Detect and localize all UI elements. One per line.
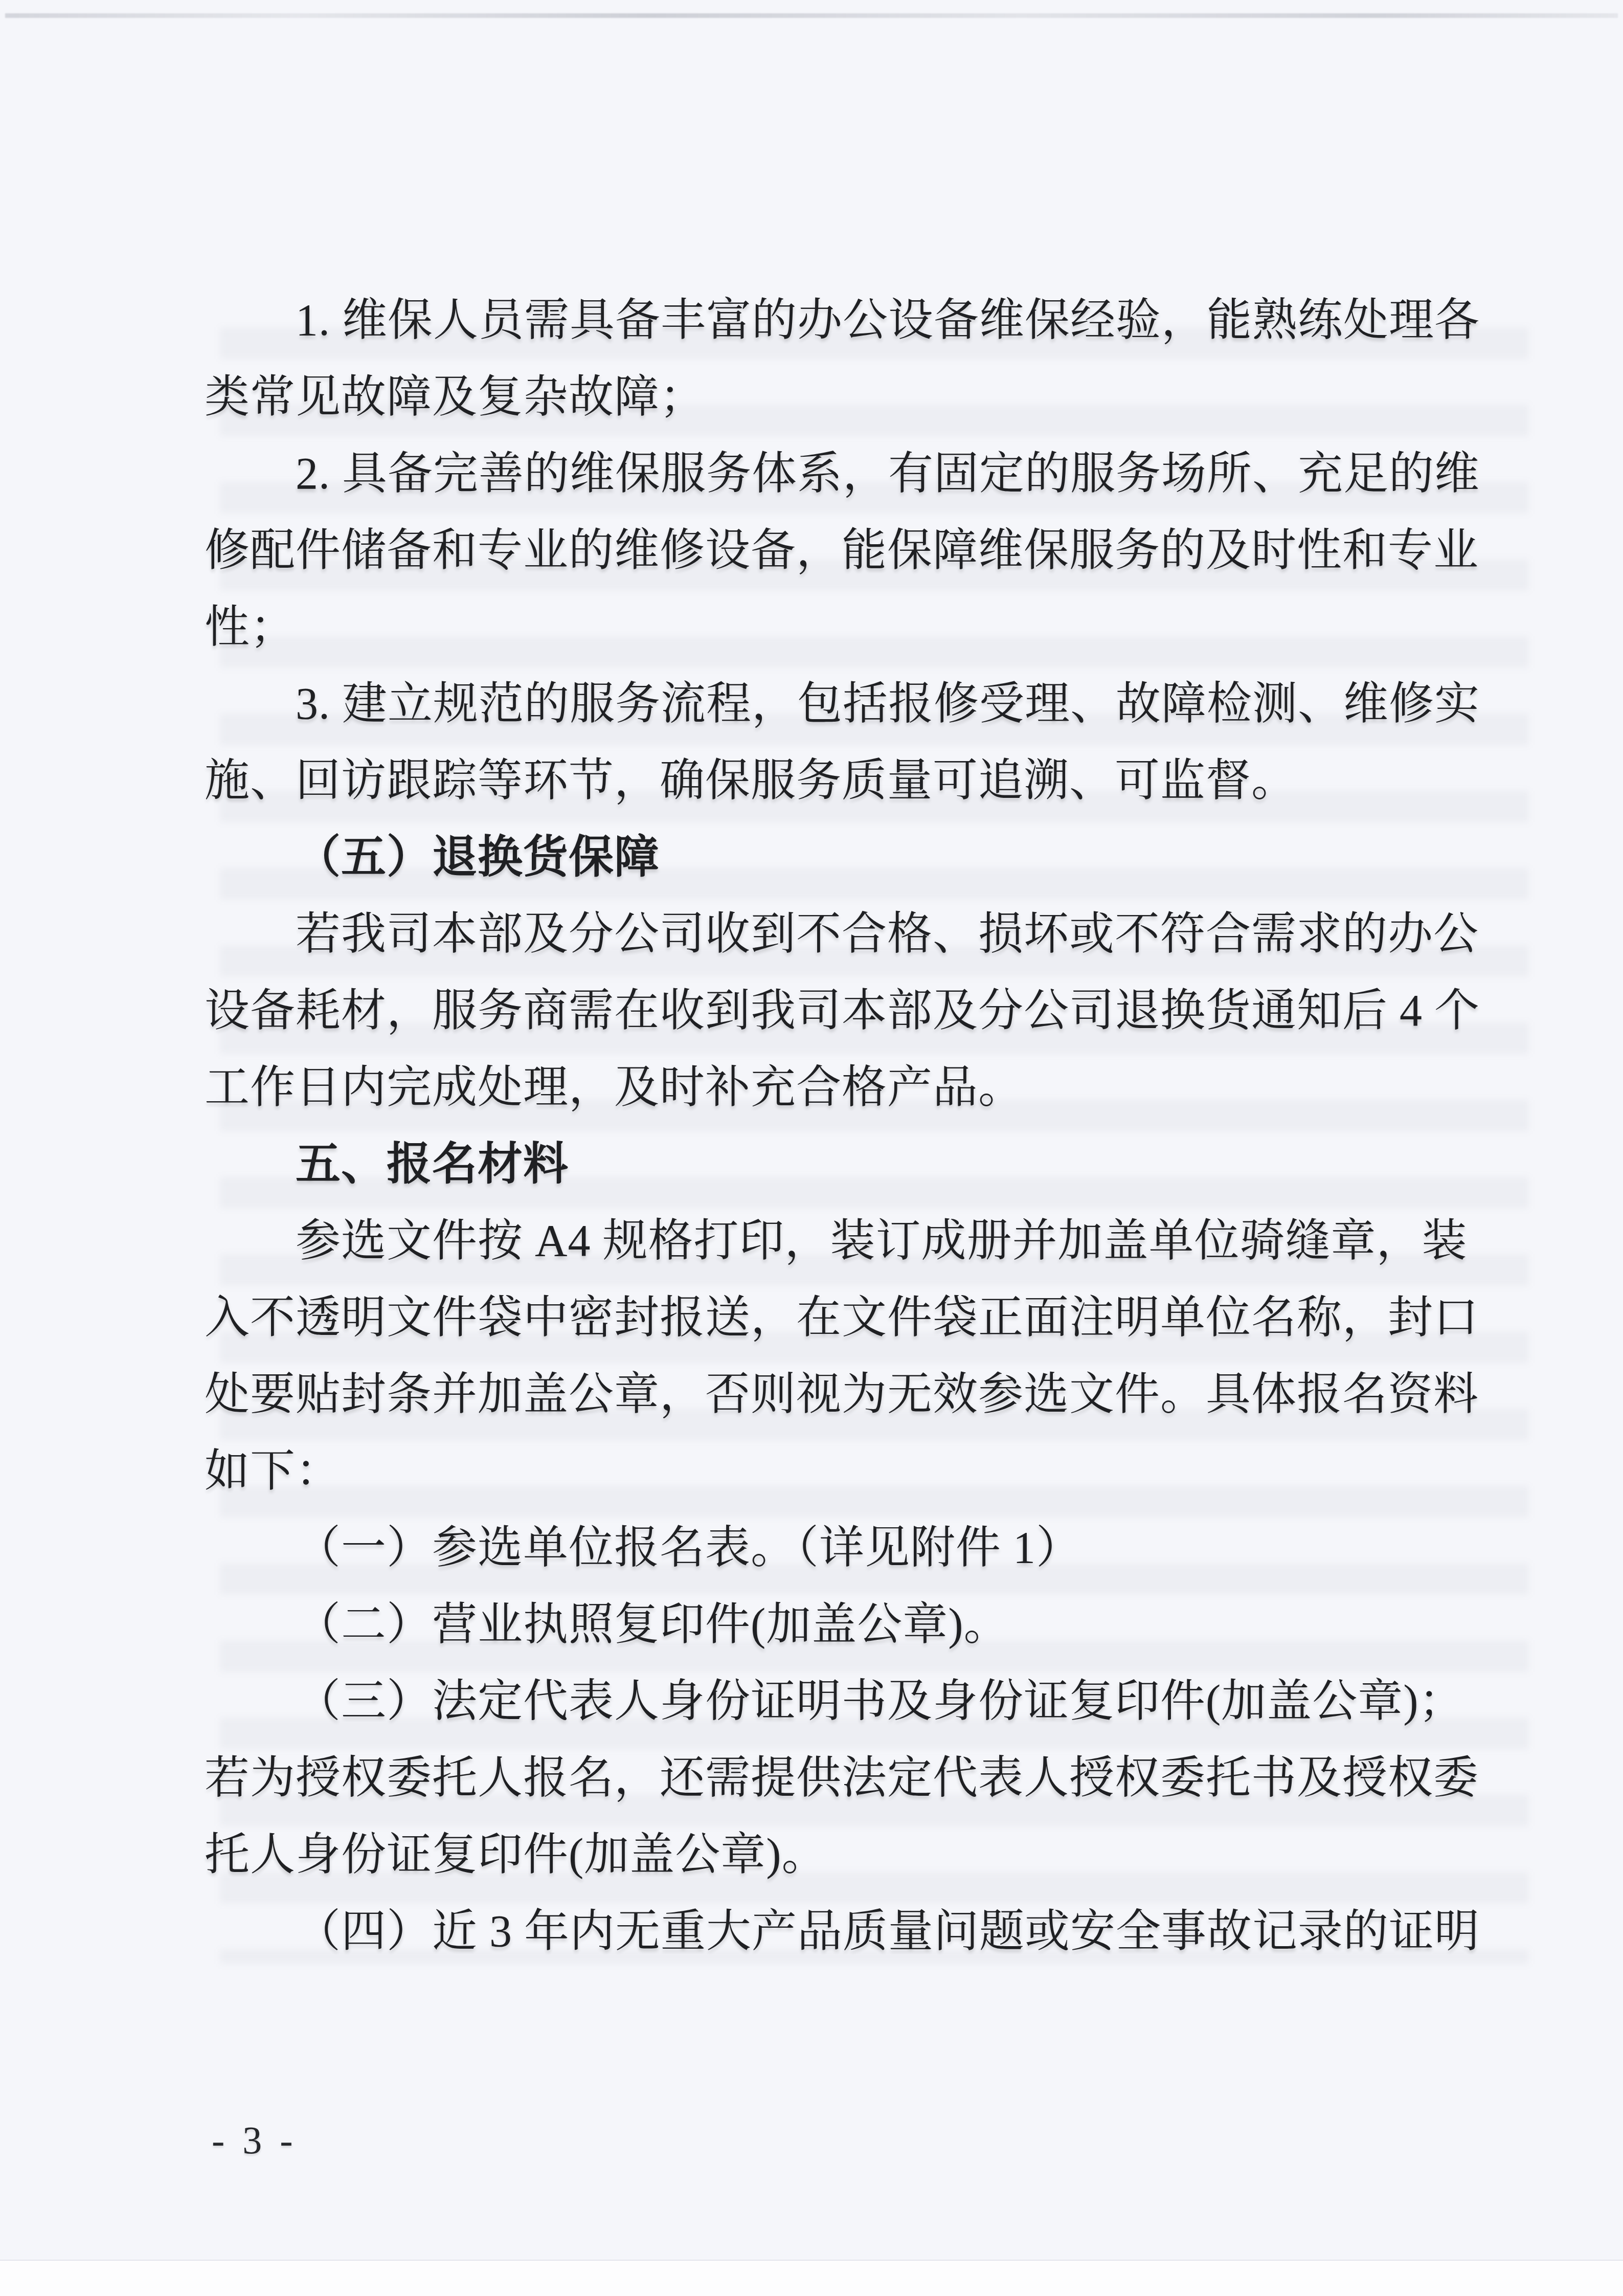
list-item-line: （一）参选单位报名表。（详见附件 1） <box>205 1510 1498 1587</box>
document-body: 1. 维保人员需具备丰富的办公设备维保经验，能熟练处理各 类常见故障及复杂故障；… <box>205 282 1498 1970</box>
scan-artifact-top-streak <box>5 13 1618 18</box>
page-number: - 3 - <box>212 2112 297 2169</box>
paragraph-line: 若为授权委托人报名，还需提供法定代表人授权委托书及授权委 <box>205 1740 1498 1817</box>
paragraph-line: 工作日内完成处理，及时补充合格产品。 <box>205 1050 1498 1126</box>
paragraph-line: 设备耗材，服务商需在收到我司本部及分公司退换货通知后 4 个 <box>205 973 1498 1050</box>
paragraph-line: 处要贴封条并加盖公章，否则视为无效参选文件。具体报名资料 <box>205 1356 1498 1433</box>
scanned-document-page: 1. 维保人员需具备丰富的办公设备维保经验，能熟练处理各 类常见故障及复杂故障；… <box>0 0 1623 2296</box>
paragraph-line: 3. 建立规范的服务流程，包括报修受理、故障检测、维修实 <box>205 666 1498 743</box>
paragraph-line: 2. 具备完善的维保服务体系，有固定的服务场所、充足的维 <box>205 436 1498 512</box>
section-heading-return-guarantee: （五）退换货保障 <box>205 819 1498 896</box>
paragraph-line: 类常见故障及复杂故障； <box>205 359 1498 436</box>
paragraph-line: 施、回访跟踪等环节，确保服务质量可追溯、可监督。 <box>205 743 1498 819</box>
paragraph-line: 性； <box>205 589 1498 666</box>
paragraph-line: 如下： <box>205 1433 1498 1510</box>
paragraph-line: 若我司本部及分公司收到不合格、损坏或不符合需求的办公 <box>205 896 1498 973</box>
paragraph-line: 入不透明文件袋中密封报送，在文件袋正面注明单位名称，封口 <box>205 1280 1498 1356</box>
section-heading-application-materials: 五、报名材料 <box>205 1126 1498 1203</box>
paragraph-line: 托人身份证复印件(加盖公章)。 <box>205 1817 1498 1893</box>
scan-artifact-bottom-band <box>0 2260 1623 2296</box>
list-item-line: （四）近 3 年内无重大产品质量问题或安全事故记录的证明 <box>205 1893 1498 1970</box>
list-item-line: （二）营业执照复印件(加盖公章)。 <box>205 1587 1498 1663</box>
paragraph-line: 参选文件按 A4 规格打印，装订成册并加盖单位骑缝章，装 <box>205 1203 1498 1280</box>
list-item-line: （三）法定代表人身份证明书及身份证复印件(加盖公章)； <box>205 1663 1498 1740</box>
paragraph-line: 1. 维保人员需具备丰富的办公设备维保经验，能熟练处理各 <box>205 282 1498 359</box>
paragraph-line: 修配件储备和专业的维修设备，能保障维保服务的及时性和专业 <box>205 512 1498 589</box>
